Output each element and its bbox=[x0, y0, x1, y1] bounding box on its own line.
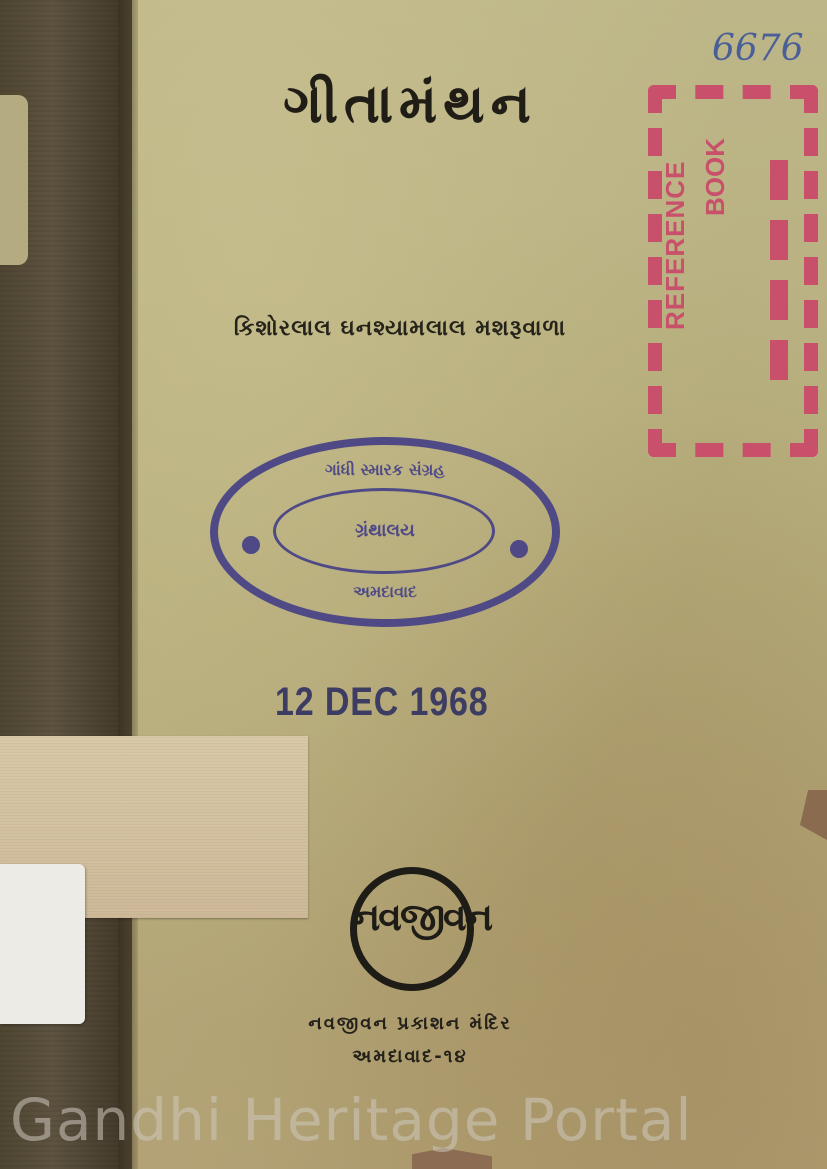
publisher-name: નવજીવન પ્રકાશન મંદિર bbox=[240, 1013, 580, 1034]
spine-tear bbox=[0, 95, 28, 265]
publisher-logo-text: નવજીવન bbox=[352, 895, 474, 940]
library-label bbox=[0, 864, 85, 1024]
publisher-city: અમદાવાદ-૧૪ bbox=[240, 1046, 580, 1067]
book-author: કિશોરલાલ ઘનશ્યામલાલ મશરૂવાળા bbox=[190, 316, 610, 341]
library-stamp-bottom-text: અમદાવાદ bbox=[300, 582, 470, 602]
book-title: ગીતામંથન bbox=[230, 72, 590, 136]
reference-stamp-marks bbox=[770, 160, 788, 400]
library-stamp-center-text: ગ્રંથાલય bbox=[300, 520, 470, 541]
stamp-dot-icon bbox=[242, 536, 260, 554]
spine-edge bbox=[118, 0, 138, 1169]
library-stamp-top-text: ગાંધી સ્મારક સંગ્રહ bbox=[270, 460, 500, 480]
reference-stamp-text-2: BOOK bbox=[700, 138, 731, 216]
date-stamp: 12 DEC 1968 bbox=[275, 680, 488, 725]
reference-stamp-text: REFERENCE bbox=[660, 161, 691, 330]
watermark: Gandhi Heritage Portal bbox=[10, 1086, 820, 1154]
handwritten-accession-number: 6676 bbox=[712, 28, 804, 69]
stamp-dot-icon bbox=[510, 540, 528, 558]
